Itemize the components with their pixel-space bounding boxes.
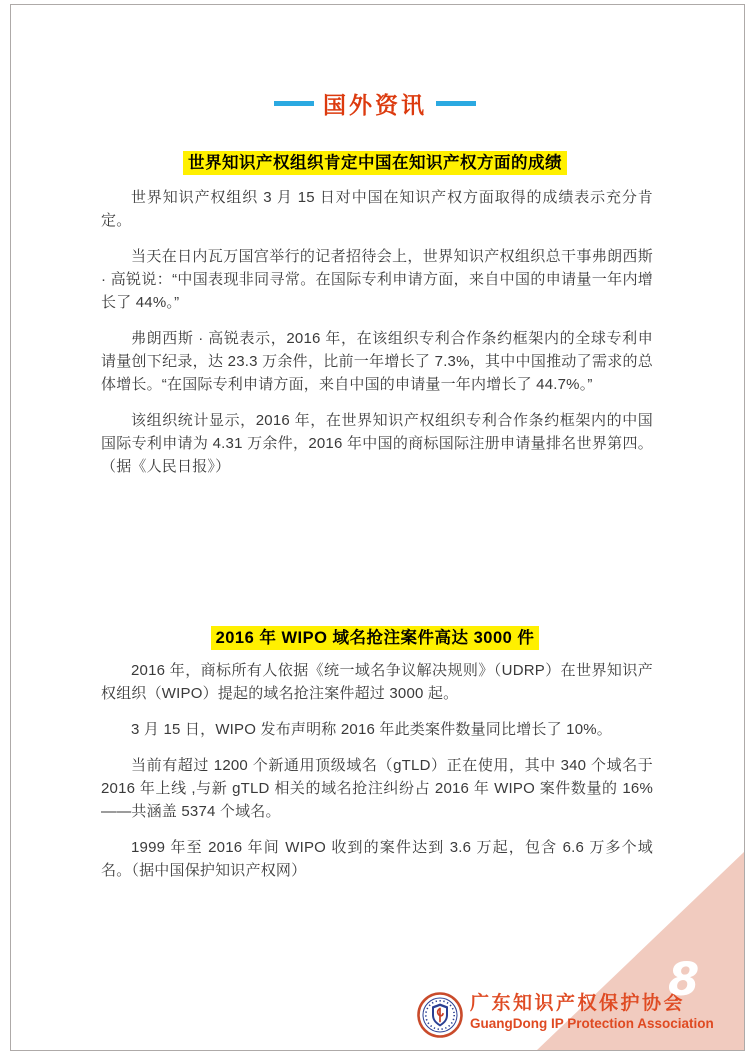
article-2-body: 2016 年，商标所有人依据《统一域名争议解决规则》（UDRP）在世界知识产权组… xyxy=(101,659,653,882)
article-2-paragraph: 当前有超过 1200 个新通用顶级域名（gTLD）正在使用，其中 340 个域名… xyxy=(101,754,653,823)
header-dash-left-icon xyxy=(274,101,314,106)
article-1-body: 世界知识产权组织 3 月 15 日对中国在知识产权方面取得的成绩表示充分肯定。 … xyxy=(101,186,653,478)
newsletter-page: 国外资讯 世界知识产权组织肯定中国在知识产权方面的成绩 世界知识产权组织 3 月… xyxy=(0,89,750,882)
article-1-paragraph: 世界知识产权组织 3 月 15 日对中国在知识产权方面取得的成绩表示充分肯定。 xyxy=(101,186,653,232)
association-logo-icon xyxy=(417,992,463,1038)
article-1-title: 世界知识产权组织肯定中国在知识产权方面的成绩 xyxy=(183,151,567,175)
article-2-paragraph: 2016 年，商标所有人依据《统一域名争议解决规则》（UDRP）在世界知识产权组… xyxy=(101,659,653,705)
association-name-en: GuangDong IP Protection Association xyxy=(470,1016,714,1031)
section-title: 国外资讯 xyxy=(323,87,427,120)
article-2-paragraph: 1999 年至 2016 年间 WIPO 收到的案件达到 3.6 万起，包含 6… xyxy=(101,836,653,882)
article-2-paragraph: 3 月 15 日，WIPO 发布声明称 2016 年此类案件数量同比增长了 10… xyxy=(101,718,653,741)
header-dash-right-icon xyxy=(436,101,476,106)
section-header: 国外资讯 xyxy=(0,89,750,117)
article-1-paragraph: 当天在日内瓦万国宫举行的记者招待会上，世界知识产权组织总干事弗朗西斯 · 高锐说… xyxy=(101,245,653,314)
article-wipo-domains: 2016 年 WIPO 域名抢注案件高达 3000 件 2016 年，商标所有人… xyxy=(0,626,750,882)
article-wipo-china: 世界知识产权组织肯定中国在知识产权方面的成绩 世界知识产权组织 3 月 15 日… xyxy=(0,151,750,478)
article-1-paragraph: 该组织统计显示，2016 年，在世界知识产权组织专利合作条约框架内的中国国际专利… xyxy=(101,409,653,478)
article-title-wrap: 2016 年 WIPO 域名抢注案件高达 3000 件 xyxy=(0,626,750,650)
article-1-paragraph: 弗朗西斯 · 高锐表示，2016 年，在该组织专利合作条约框架内的全球专利申请量… xyxy=(101,327,653,396)
article-2-title: 2016 年 WIPO 域名抢注案件高达 3000 件 xyxy=(211,626,540,650)
article-title-wrap: 世界知识产权组织肯定中国在知识产权方面的成绩 xyxy=(0,151,750,175)
page-number: 8 xyxy=(668,953,699,1006)
